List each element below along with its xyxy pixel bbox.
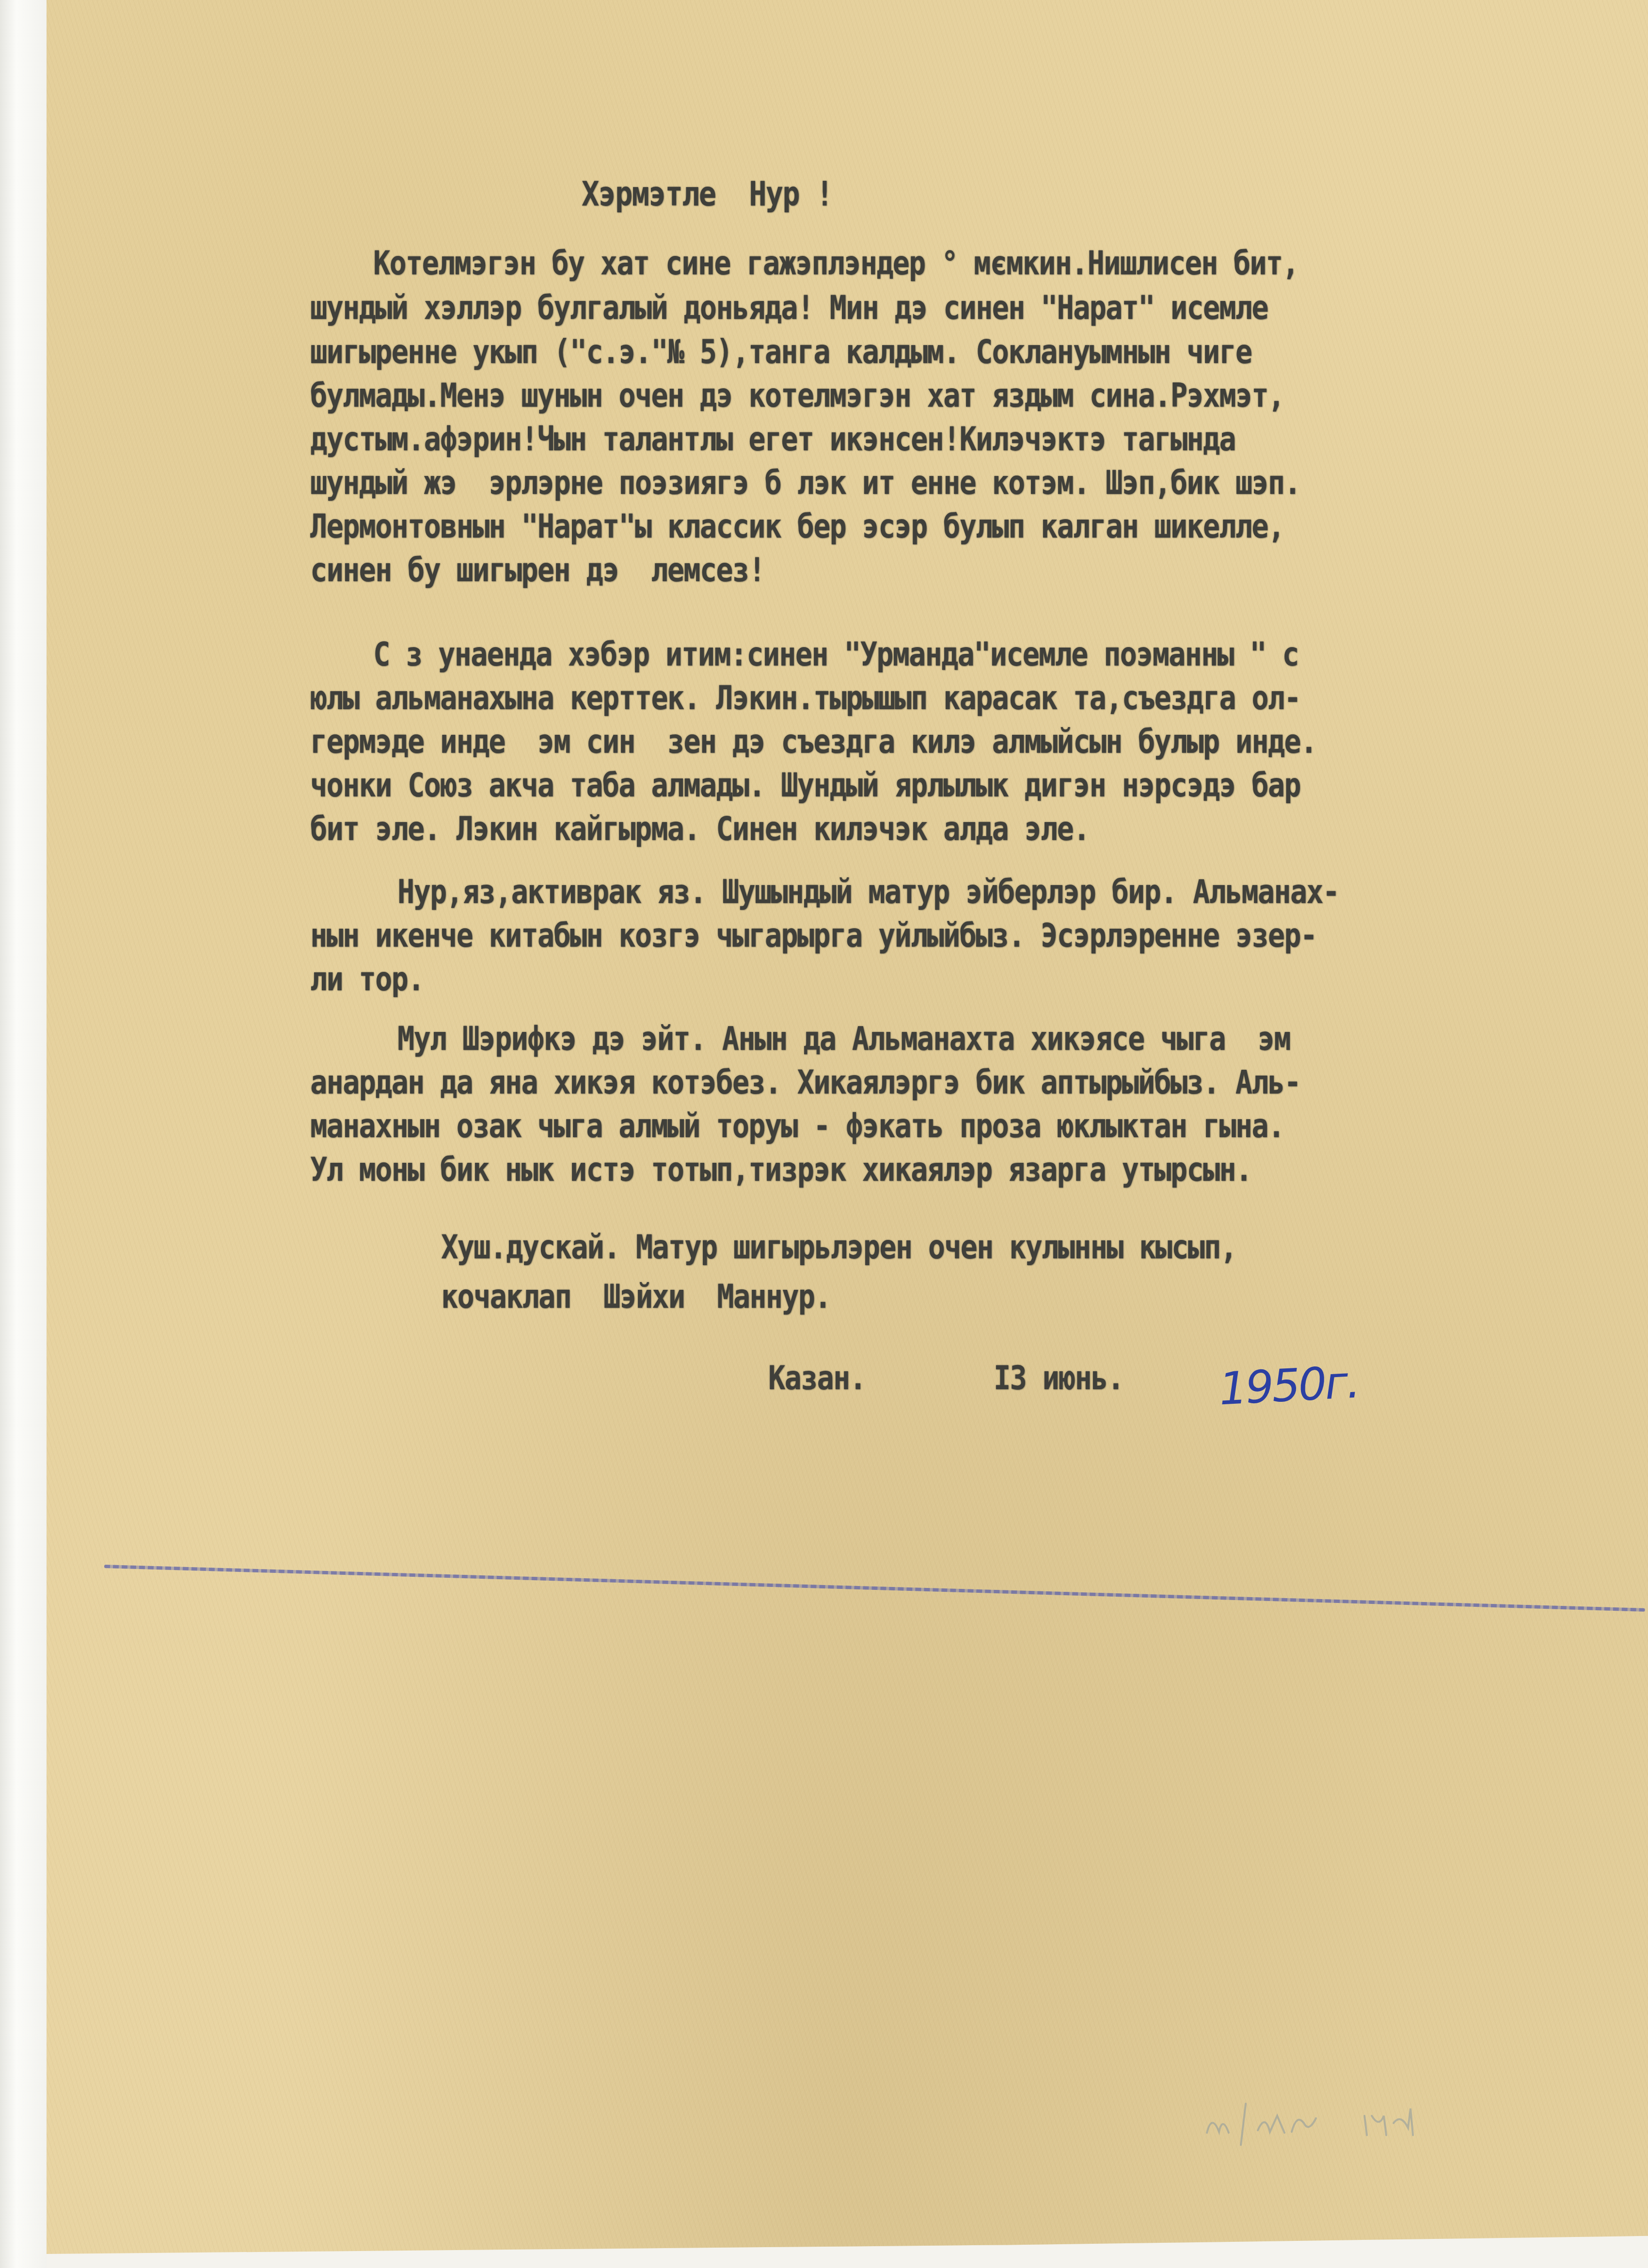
paragraph-1-line-5: дустым.афэрин!Чын талантлы егет икэнсен!… <box>310 423 1236 456</box>
scan-margin-strip <box>0 0 47 2268</box>
paragraph-2-line-4: чонки Союз акча таба алмады. Шундый ярлы… <box>310 769 1300 802</box>
closing-line-1: Хуш.дускай. Матур шигырьлэрен очен кулын… <box>441 1231 1236 1264</box>
paragraph-2-line-1: С з унаенда хэбэр итим:синен "Урманда"ис… <box>373 638 1299 671</box>
paragraph-1-line-8: синен бу шигырен дэ лемсез! <box>310 554 765 587</box>
paragraph-1-line-2: шундый хэллэр булгалый доньяда! Мин дэ с… <box>310 292 1268 325</box>
paragraph-4-line-3: манахнын озак чыга алмый торуы - фэкать … <box>310 1110 1284 1143</box>
paragraph-4-line-2: анардан да яна хикэя котэбез. Хикаялэргэ… <box>310 1066 1300 1099</box>
handwritten-year: 1950г. <box>1218 1356 1360 1415</box>
salutation: Хэрмэтле Нур ! <box>582 177 833 211</box>
paragraph-4-line-1: Мул Шэрифкэ дэ эйт. Анын да Альманахта х… <box>397 1023 1290 1056</box>
paragraph-2-line-2: юлы альманахына керттек. Лэкин.тырышып к… <box>310 682 1300 715</box>
paragraph-1-line-6: шундый жэ эрлэрне поэзиягэ б лэк ит енне… <box>310 467 1300 500</box>
paragraph-2-line-3: гермэде инде эм син зен дэ съездга килэ … <box>310 726 1316 759</box>
paragraph-1-line-7: Лермонтовнын "Нарат"ы классик бер эсэр б… <box>310 510 1284 543</box>
closing-signature: кочаклап Шэйхи Маннур. <box>441 1281 831 1314</box>
paragraph-3-line-1: Нур,яз,активрак яз. Шушындый матур эйбер… <box>397 876 1339 909</box>
date: I3 июнь. <box>994 1362 1124 1395</box>
paragraph-3-line-3: ли тор. <box>310 963 424 996</box>
paragraph-1-line-4: булмады.Менэ шунын очен дэ котелмэгэн ха… <box>310 380 1284 412</box>
paragraph-1-line-3: шигыренне укып ("с.э."№ 5),танга калдым.… <box>310 336 1252 369</box>
place: Казан. <box>768 1362 866 1395</box>
paragraph-4-line-4: Ул моны бик нык истэ тотып,тизрэк хикаял… <box>310 1154 1252 1187</box>
paragraph-2-line-5: бит эле. Лэкин кайгырма. Синен килэчэк а… <box>310 813 1089 846</box>
pencil-note-mark <box>1192 2094 1503 2147</box>
paragraph-1-line-1: Котелмэгэн бу хат сине гажэплэндер ° мєм… <box>373 247 1299 280</box>
paragraph-3-line-2: нын икенче китабын козгэ чыгарырга уйлый… <box>310 920 1316 952</box>
